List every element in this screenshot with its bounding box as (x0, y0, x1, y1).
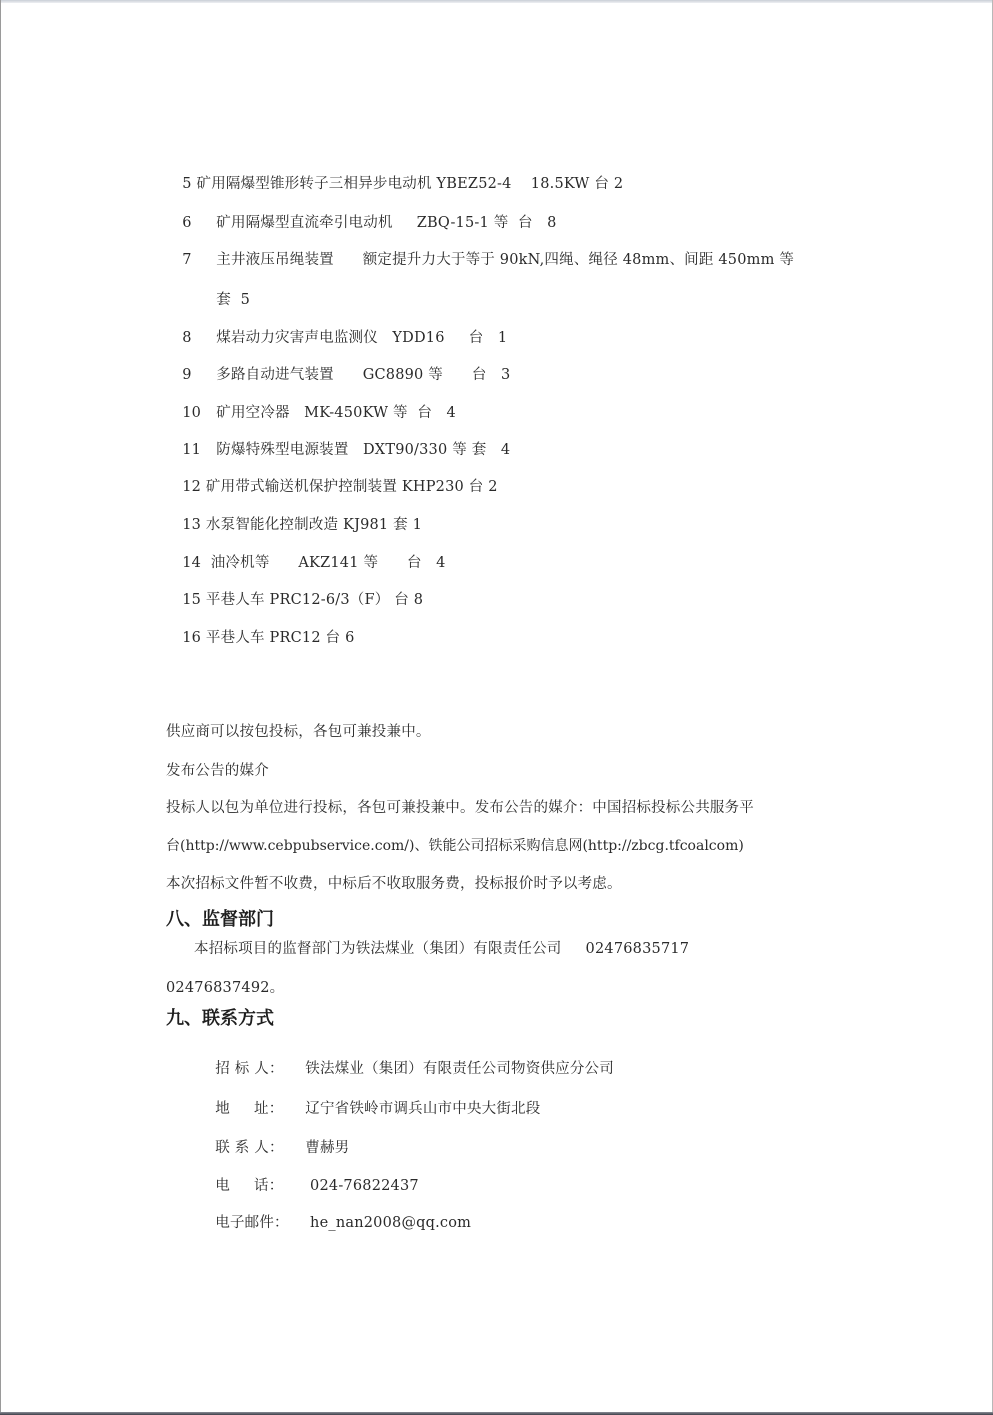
contact-label: 招 标 人： (215, 1060, 305, 1078)
contact-row-email: 电子邮件： he_nan2008@qq.com (196, 1196, 471, 1250)
item-text: 水泵智能化控制改造 KJ981 套 1 (206, 517, 422, 533)
equipment-item: 16 平巷人车 PRC12 台 6 (163, 611, 355, 665)
item-number: 10 (182, 404, 216, 422)
item-text: 矿用带式输送机保护控制装置 KHP230 台 2 (206, 479, 498, 495)
item-number: 7 (182, 251, 216, 269)
contact-label: 电 话： (215, 1177, 305, 1195)
item-number: 16 (182, 629, 201, 647)
contact-value: he_nan2008@qq.com (305, 1215, 471, 1231)
item-text: 矿用隔爆型直流牵引电动机 ZBQ-15-1 等 台 8 (216, 215, 556, 231)
contact-label: 地 址： (215, 1100, 305, 1118)
media-paragraph-line1: 投标人以包为单位进行投标，各包可兼投兼中。发布公告的媒介：中国招标投标公共服务平 (166, 799, 754, 817)
item-text: 油冷机等 AKZ141 等 台 4 (206, 555, 446, 571)
item-number: 5 (182, 175, 191, 193)
equipment-item: 7主井液压吊绳装置 额定提升力大于等于 90kN,四绳、绳径 48mm、间距 4… (163, 233, 794, 287)
item-text: 煤岩动力灾害声电监测仪 YDD16 台 1 (216, 330, 507, 346)
scan-edge-top (0, 0, 993, 3)
item-number: 14 (182, 554, 201, 572)
item-text: 防爆特殊型电源装置 DXT90/330 等 套 4 (216, 442, 510, 458)
supervision-line1: 本招标项目的监督部门为铁法煤业（集团）有限责任公司 02476835717 (194, 940, 689, 958)
section-heading-contact: 九、联系方式 (166, 1008, 274, 1030)
item-text: 多路自动进气装置 GC8890 等 台 3 (216, 367, 510, 383)
item-number: 9 (182, 366, 216, 384)
item-number: 11 (182, 441, 216, 459)
contact-label: 联 系 人： (215, 1139, 305, 1157)
contact-value: 辽宁省铁岭市调兵山市中央大街北段 (305, 1101, 540, 1117)
item-text: 平巷人车 PRC12-6/3（F） 台 8 (206, 592, 423, 608)
scan-edge-left (0, 0, 1, 1415)
media-title: 发布公告的媒介 (166, 762, 269, 780)
item-text: 矿用隔爆型锥形转子三相异步电动机 YBEZ52-4 18.5KW 台 2 (197, 176, 624, 192)
item-number: 6 (182, 214, 216, 232)
supervision-line2: 02476837492。 (166, 979, 284, 997)
item-text: 套 5 (216, 292, 250, 308)
contact-value: 曹赫男 (305, 1140, 349, 1156)
contact-value: 024-76822437 (305, 1178, 419, 1194)
item-text: 平巷人车 PRC12 台 6 (206, 630, 355, 646)
item-number: 15 (182, 591, 201, 609)
item-number: 8 (182, 329, 216, 347)
contact-label: 电子邮件： (215, 1214, 305, 1232)
contact-value: 铁法煤业（集团）有限责任公司物资供应分公司 (305, 1061, 614, 1077)
item-text: 主井液压吊绳装置 额定提升力大于等于 90kN,四绳、绳径 48mm、间距 45… (216, 252, 794, 268)
fee-note: 本次招标文件暂不收费，中标后不收取服务费，投标报价时予以考虑。 (166, 875, 622, 893)
item-number: 12 (182, 478, 201, 496)
item-text: 矿用空冷器 MK-450KW 等 台 4 (216, 405, 456, 421)
section-heading-supervision: 八、监督部门 (166, 909, 274, 931)
media-paragraph-line2: 台(http://www.cebpubservice.com/)、铁能公司招标采… (166, 837, 744, 855)
package-bid-note: 供应商可以按包投标，各包可兼投兼中。 (166, 723, 431, 741)
item-number: 13 (182, 516, 201, 534)
